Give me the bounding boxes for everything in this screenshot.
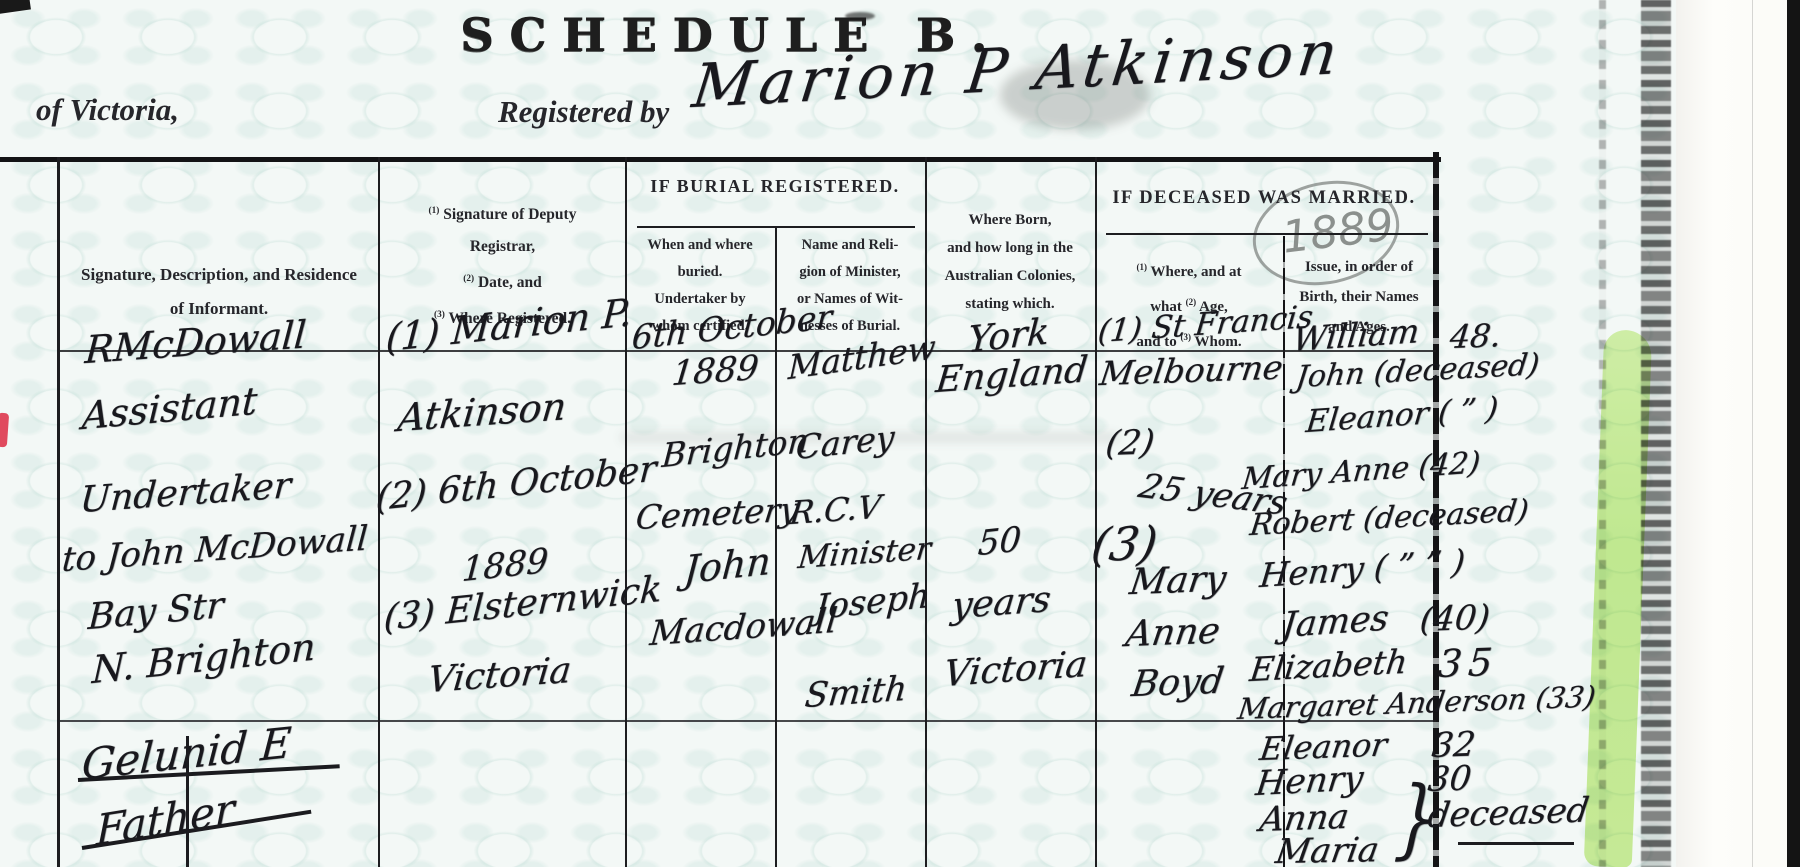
entry-issue-name: Maria	[1273, 830, 1382, 867]
entry-married: Anne	[1123, 611, 1222, 655]
entry-burial-minister: R.C.V	[788, 487, 883, 532]
entry-burial-when: 1889	[670, 348, 761, 394]
entry-issue-age: (40)	[1418, 597, 1492, 640]
entry-married: Boyd	[1129, 661, 1226, 705]
header-married-group: IF DECEASED WAS MARRIED.	[1097, 188, 1431, 209]
married-group-underline	[1106, 233, 1428, 235]
scanned-register-page: SCHEDULE B. of Victoria, Registered by M…	[0, 0, 1800, 867]
colony-label: of Victoria,	[36, 92, 179, 128]
entry-married: Melbourne	[1097, 348, 1285, 394]
scan-hairline	[1752, 0, 1753, 867]
table-top-border	[0, 157, 1441, 162]
registered-by-label: Registered by	[498, 94, 669, 130]
entry-issue-age: deceased	[1425, 790, 1591, 836]
entry-burial-minister: Smith	[803, 669, 909, 717]
burial-group-underline	[637, 226, 915, 228]
entry-where-born: years	[950, 579, 1053, 627]
entry-issue-name: James	[1280, 598, 1391, 646]
header-where-born: Where Born, and how long in the Australi…	[927, 206, 1093, 318]
scanner-background	[1676, 0, 1800, 867]
entry-married: (2)	[1103, 422, 1157, 464]
header-burial-group: IF BURIAL REGISTERED.	[627, 176, 923, 197]
header-informant: Signature, Description, and Residence of…	[60, 258, 378, 326]
entry-married: Mary	[1127, 559, 1229, 604]
entry-where-born: 50	[977, 519, 1023, 564]
entry-issue-age: 35	[1436, 640, 1499, 686]
scan-edge-strip	[1787, 0, 1800, 867]
entry-burial-when: John	[682, 539, 772, 593]
deceased-underline	[1458, 842, 1574, 845]
strike-line-vertical	[186, 736, 189, 867]
